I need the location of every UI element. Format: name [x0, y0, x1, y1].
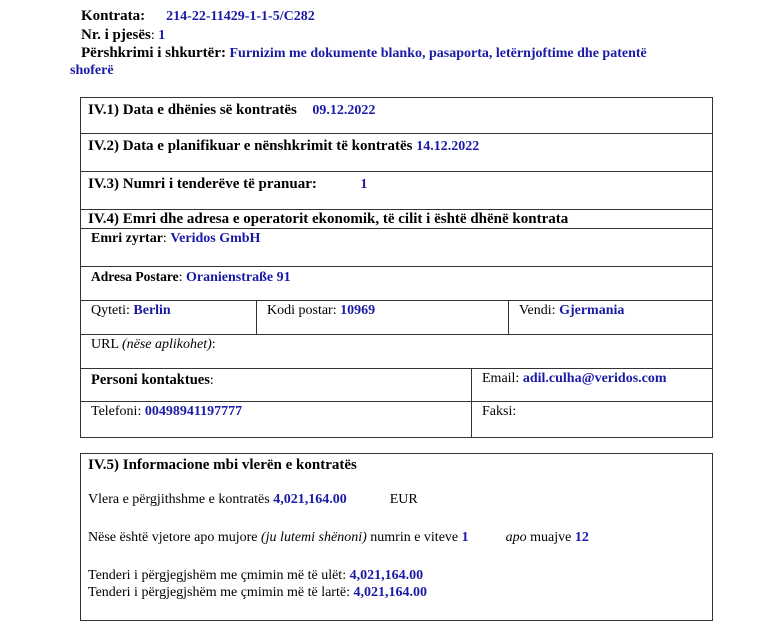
phone-label: Telefoni: — [91, 404, 141, 419]
lot-label: Nr. i pjesës — [81, 27, 151, 43]
city-label: Qyteti: — [91, 303, 130, 318]
postal-address-row: Adresa Postare: Oranienstraße 91 — [81, 267, 712, 301]
signing-date-label: IV.2) Data e planifikuar e nënshkrimit t… — [88, 138, 412, 154]
operator-heading: IV.4) Emri dhe adresa e operatorit ekono… — [88, 211, 568, 228]
postal-address-label: Adresa Postare — [91, 269, 179, 284]
fax-cell: Faksi: — [471, 402, 712, 437]
contract-value-heading: IV.5) Informacione mbi vlerën e kontratë… — [88, 457, 357, 474]
phone-row: Telefoni: 00498941197777 Faksi: — [81, 402, 712, 437]
award-date-row: IV.1) Data e dhënies së kontratës 09.12.… — [88, 102, 375, 119]
signing-date-row: IV.2) Data e planifikuar e nënshkrimit t… — [88, 138, 479, 155]
lot-colon: : — [151, 28, 155, 43]
contract-line: Kontrata: 214-22-11429-1-1-5/C282 — [81, 8, 315, 25]
contact-row: Personi kontaktues: Email: adil.culha@ve… — [81, 369, 712, 402]
duration-label-post: numrin e viteve — [370, 530, 458, 545]
lowest-tender-value: 4,021,164.00 — [350, 568, 424, 583]
postal-code-label: Kodi postar: — [267, 303, 337, 318]
months-label: muajve — [530, 530, 571, 545]
signing-date-value: 14.12.2022 — [416, 139, 479, 154]
postal-address-value: Oranienstraße 91 — [186, 270, 291, 285]
total-value-label: Vlera e përgjithshme e kontratës — [88, 492, 270, 507]
currency: EUR — [390, 492, 418, 507]
url-hint: (nëse aplikohet) — [122, 337, 212, 352]
email-label: Email: — [482, 371, 519, 386]
or-label: apo — [506, 530, 527, 545]
description-value-cont: shoferë — [70, 63, 114, 78]
fax-label: Faksi: — [482, 404, 516, 419]
section-iv3: IV.3) Numri i tenderëve të pranuar: 1 — [81, 172, 712, 210]
months-value: 12 — [575, 530, 589, 545]
contract-value-box: IV.5) Informacione mbi vlerën e kontratë… — [80, 453, 713, 621]
duration-line: Nëse është vjetore apo mujore (ju lutemi… — [88, 530, 589, 546]
lot-number: 1 — [158, 28, 165, 43]
years-value: 1 — [462, 530, 469, 545]
contract-award-box: IV.1) Data e dhënies së kontratës 09.12.… — [80, 97, 713, 438]
duration-hint: (ju lutemi shënoni) — [261, 530, 367, 545]
url-colon: : — [212, 337, 216, 352]
official-name-label: Emri zyrtar — [91, 231, 163, 246]
tenders-count-label: IV.3) Numri i tenderëve të pranuar: — [88, 176, 317, 192]
tenders-count-row: IV.3) Numri i tenderëve të pranuar: 1 — [88, 176, 367, 193]
email-cell: Email: adil.culha@veridos.com — [471, 369, 712, 401]
city-cell: Qyteti: Berlin — [81, 301, 256, 334]
section-iv4-title: IV.4) Emri dhe adresa e operatorit ekono… — [81, 210, 712, 229]
city-value: Berlin — [133, 303, 170, 318]
city-row: Qyteti: Berlin Kodi postar: 10969 Vendi:… — [81, 301, 712, 335]
highest-tender-label: Tenderi i përgjegjshëm me çmimin më të l… — [88, 585, 350, 600]
section-iv1: IV.1) Data e dhënies së kontratës 09.12.… — [81, 98, 712, 134]
duration-label-pre: Nëse është vjetore apo mujore — [88, 530, 258, 545]
country-cell: Vendi: Gjermania — [508, 301, 712, 334]
description-line-2: shoferë — [70, 63, 114, 79]
contact-person-label: Personi kontaktues — [91, 372, 210, 388]
postal-code-value: 10969 — [340, 303, 375, 318]
country-label: Vendi: — [519, 303, 556, 318]
lot-line: Nr. i pjesës: 1 — [81, 27, 165, 44]
official-name-row: Emri zyrtar: Veridos GmbH — [81, 229, 712, 267]
phone-value: 00498941197777 — [145, 404, 242, 419]
contract-label: Kontrata: — [81, 8, 145, 24]
award-date-value: 09.12.2022 — [312, 103, 375, 118]
section-iv2: IV.2) Data e planifikuar e nënshkrimit t… — [81, 134, 712, 172]
lowest-tender-label: Tenderi i përgjegjshëm me çmimin më të u… — [88, 568, 346, 583]
award-date-label: IV.1) Data e dhënies së kontratës — [88, 102, 297, 118]
postal-code-cell: Kodi postar: 10969 — [256, 301, 508, 334]
official-name-value: Veridos GmbH — [170, 231, 260, 246]
highest-tender-line: Tenderi i përgjegjshëm me çmimin më të l… — [88, 585, 427, 601]
contact-person-cell: Personi kontaktues: — [81, 369, 471, 401]
lowest-tender-line: Tenderi i përgjegjshëm me çmimin më të u… — [88, 568, 423, 584]
total-value: 4,021,164.00 — [273, 492, 347, 507]
description-value: Furnizim me dokumente blanko, pasaporta,… — [229, 46, 646, 61]
description-label: Përshkrimi i shkurtër: — [81, 45, 226, 61]
country-value: Gjermania — [559, 303, 624, 318]
highest-tender-value: 4,021,164.00 — [353, 585, 427, 600]
url-row: URL (nëse aplikohet): — [81, 335, 712, 369]
url-label: URL — [91, 337, 118, 352]
email-value[interactable]: adil.culha@veridos.com — [523, 371, 667, 386]
phone-cell: Telefoni: 00498941197777 — [81, 402, 471, 437]
description-line: Përshkrimi i shkurtër: Furnizim me dokum… — [81, 45, 647, 62]
tenders-count-value: 1 — [360, 177, 367, 192]
total-value-line: Vlera e përgjithshme e kontratës 4,021,1… — [88, 492, 418, 508]
contract-number: 214-22-11429-1-1-5/C282 — [166, 9, 315, 24]
